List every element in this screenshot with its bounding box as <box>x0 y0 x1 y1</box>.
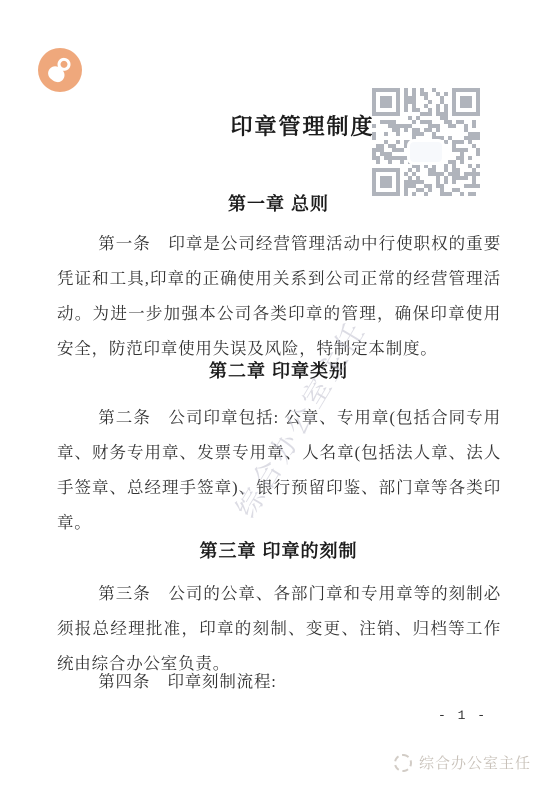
qr-center-logo <box>410 142 442 162</box>
qr-finder-top-left <box>372 88 400 116</box>
footer-watermark-text: 综合办公室主任 <box>419 752 531 773</box>
chapter-2-heading: 第二章 印章类别 <box>57 360 500 382</box>
footer-watermark: 综合办公室主任 <box>394 752 531 773</box>
stamp-icon <box>394 754 412 772</box>
lock-icon <box>45 54 74 85</box>
qr-code <box>372 88 480 196</box>
document-page: 印章管理制度 第一章 总则 第一条 印章是公司经营管理活动中行使职权的重要凭证和… <box>0 0 555 790</box>
chapter-2-paragraph: 第二条 公司印章包括: 公章、专用章(包括合同专用章、财务专用章、发票专用章、人… <box>57 400 501 540</box>
qr-finder-bottom-left <box>372 168 400 196</box>
chapter-3-heading: 第三章 印章的刻制 <box>57 540 500 562</box>
chapter-1-paragraph: 第一条 印章是公司经营管理活动中行使职权的重要凭证和工具,印章的正确使用关系到公… <box>57 226 501 366</box>
page-number: - 1 - <box>438 708 487 723</box>
article-4-line: 第四条 印章刻制流程: <box>57 664 501 699</box>
app-badge <box>38 48 82 92</box>
qr-finder-top-right <box>452 88 480 116</box>
chapter-1-heading: 第一章 总则 <box>57 193 500 215</box>
